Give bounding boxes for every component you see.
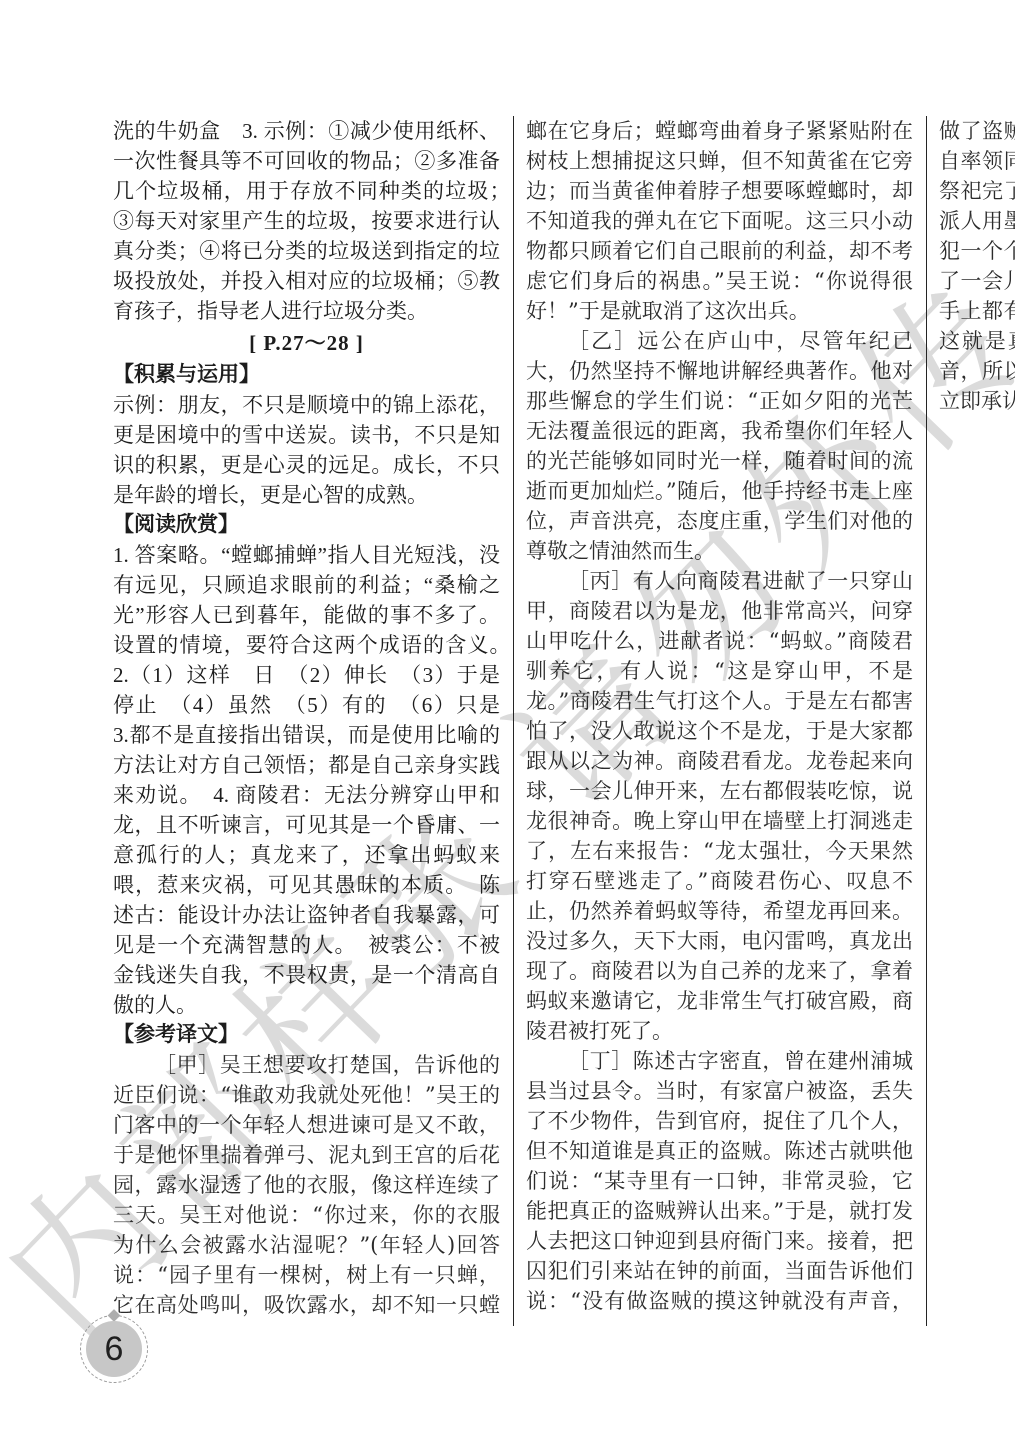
section-heading-reading-appreciation: 【阅读欣赏】	[113, 510, 500, 540]
translation-paragraph-bing: ［丙］有人向商陵君进献了一只穿山甲，商陵君以为是龙，他非常高兴，问穿山甲吃什么，…	[526, 566, 913, 1046]
section-heading-reference-translation: 【参考译文】	[113, 1020, 500, 1050]
answer-paragraph-reading-questions: 1. 答案略。“螳螂捕蝉”指人目光短浅，没有远见，只顾追求眼前的利益；“桑榆之光…	[113, 540, 500, 1020]
translation-paragraph-yi: ［乙］远公在庐山中，尽管年纪已大，仍然坚持不懈地讲解经典著作。他对那些懈怠的学生…	[526, 326, 913, 566]
section-heading-accumulation-and-use: 【积累与运用】	[113, 360, 500, 390]
page-range-label: [ P.27～28 ]	[113, 328, 500, 358]
answer-paragraph-example-sentences: 示例：朋友，不只是顺境中的锦上添花，更是困境中的雪中送炭。读书，不只是知识的积累…	[113, 390, 500, 510]
page-number-badge: 6	[80, 1315, 148, 1383]
page-number: 6	[86, 1321, 142, 1377]
answer-paragraph-waste-sorting: 洗的牛奶盒 3. 示例：①减少使用纸杯、一次性餐具等不可回收的物品；②多准备几个…	[113, 116, 500, 326]
two-column-text-area: 洗的牛奶盒 3. 示例：①减少使用纸杯、一次性餐具等不可回收的物品；②多准备几个…	[113, 116, 913, 1326]
workbook-answer-page: 内部样张 请勿外传 洗的牛奶盒 3. 示例：①减少使用纸杯、一次性餐具等不可回收…	[0, 0, 1015, 1447]
